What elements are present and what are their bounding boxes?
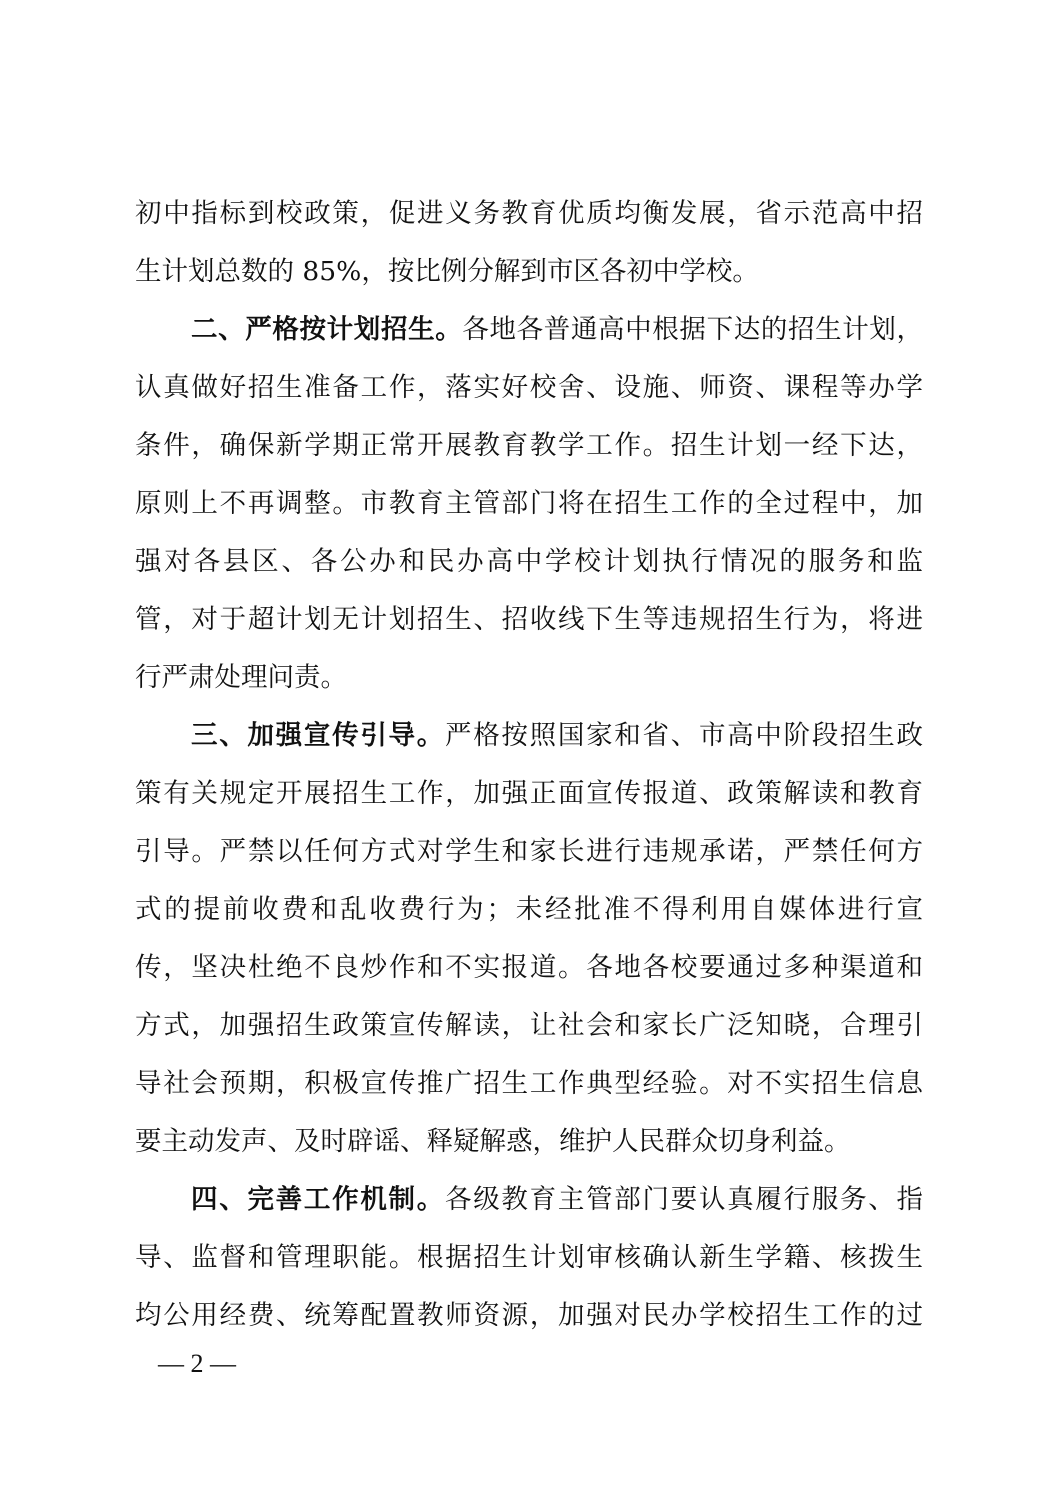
paragraph-2-line-1: 二、严格按计划招生。各地各普通高中根据下达的招生计划， (191, 310, 923, 350)
paragraph-4-line-2: 导、监督和管理职能。根据招生计划审核确认新生学籍、核拨生 (135, 1238, 923, 1278)
paragraph-2-line-5: 强对各县区、各公办和民办高中学校计划执行情况的服务和监 (135, 542, 923, 582)
section-heading-2: 二、严格按计划招生。 (191, 314, 462, 345)
paragraph-2-line-7: 行严肃处理问责。 (135, 658, 923, 698)
page-number: — 2 — (158, 1344, 236, 1384)
paragraph-3-line-1: 三、加强宣传引导。严格按照国家和省、市高中阶段招生政 (191, 716, 923, 756)
paragraph-2-line-6: 管，对于超计划无计划招生、招收线下生等违规招生行为，将进 (135, 600, 923, 640)
paragraph-3-line-3: 引导。严禁以任何方式对学生和家长进行违规承诺，严禁任何方 (135, 832, 923, 872)
section-heading-4: 四、完善工作机制。 (191, 1184, 445, 1215)
paragraph-2-text: 各地各普通高中根据下达的招生计划， (462, 314, 923, 345)
paragraph-3-text: 严格按照国家和省、市高中阶段招生政 (445, 720, 923, 751)
paragraph-3-line-5: 传，坚决杜绝不良炒作和不实报道。各地各校要通过多种渠道和 (135, 948, 923, 988)
paragraph-3-line-7: 导社会预期，积极宣传推广招生工作典型经验。对不实招生信息 (135, 1064, 923, 1104)
paragraph-3-line-8: 要主动发声、及时辟谣、释疑解惑，维护人民群众切身利益。 (135, 1122, 923, 1162)
paragraph-2-line-2: 认真做好招生准备工作，落实好校舍、设施、师资、课程等办学 (135, 368, 923, 408)
paragraph-1-line-2: 生计划总数的 85%，按比例分解到市区各初中学校。 (135, 252, 923, 292)
paragraph-4-line-3: 均公用经费、统筹配置教师资源，加强对民办学校招生工作的过 (135, 1296, 923, 1336)
document-page: 初中指标到校政策，促进义务教育优质均衡发展，省示范高中招 生计划总数的 85%，… (0, 0, 1058, 1496)
paragraph-1-line-1: 初中指标到校政策，促进义务教育优质均衡发展，省示范高中招 (135, 194, 923, 234)
paragraph-2-line-3: 条件，确保新学期正常开展教育教学工作。招生计划一经下达， (135, 426, 923, 466)
paragraph-3-line-4: 式的提前收费和乱收费行为；未经批准不得利用自媒体进行宣 (135, 890, 923, 930)
paragraph-4-line-1: 四、完善工作机制。各级教育主管部门要认真履行服务、指 (191, 1180, 923, 1220)
paragraph-3-line-6: 方式，加强招生政策宣传解读，让社会和家长广泛知晓，合理引 (135, 1006, 923, 1046)
paragraph-2-line-4: 原则上不再调整。市教育主管部门将在招生工作的全过程中，加 (135, 484, 923, 524)
section-heading-3: 三、加强宣传引导。 (191, 720, 445, 751)
paragraph-4-text: 各级教育主管部门要认真履行服务、指 (445, 1184, 923, 1215)
paragraph-3-line-2: 策有关规定开展招生工作，加强正面宣传报道、政策解读和教育 (135, 774, 923, 814)
